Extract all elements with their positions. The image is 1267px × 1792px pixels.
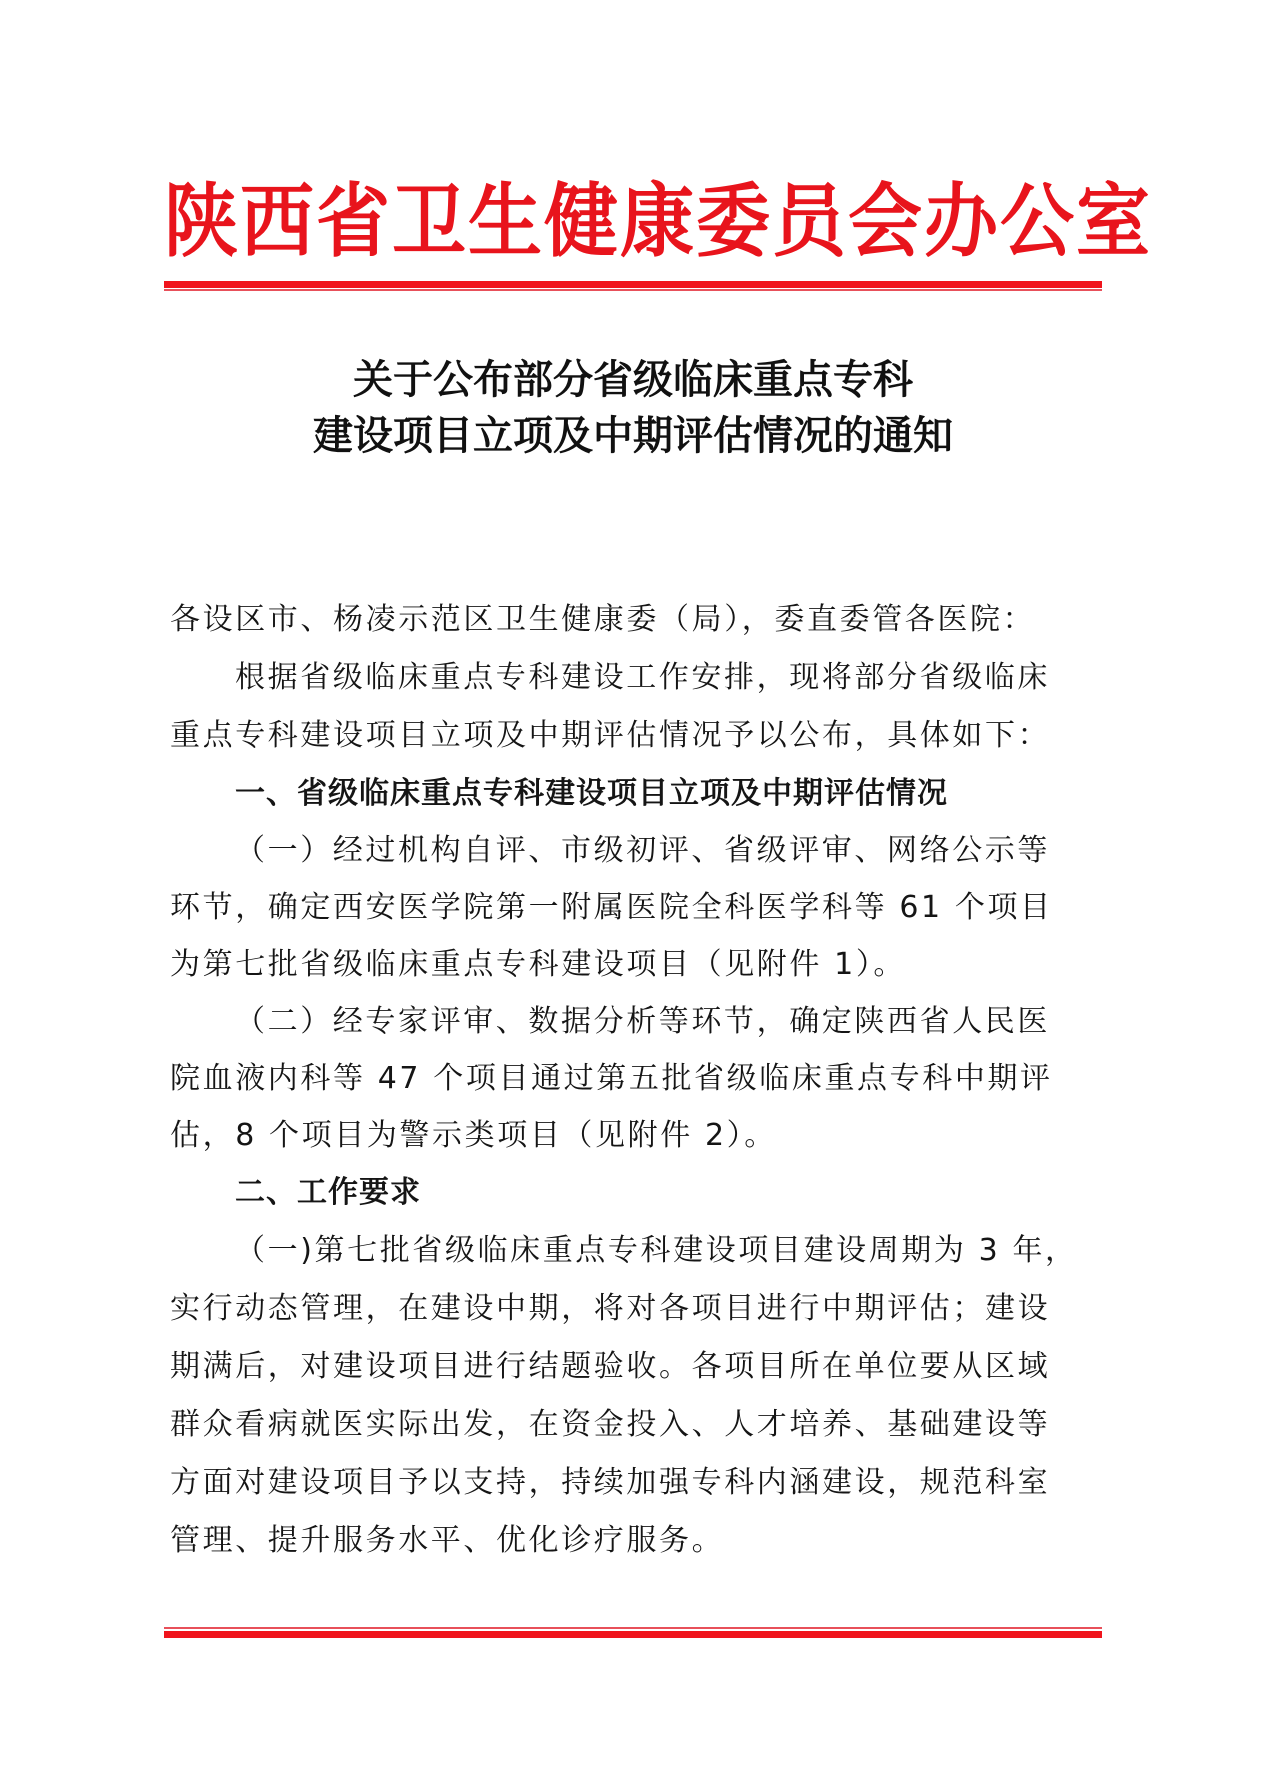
section2-item1-line-2: 实行动态管理，在建设中期，将对各项目进行中期评估；建设: [170, 1289, 1088, 1329]
intro-line-1: 根据省级临床重点专科建设工作安排，现将部分省级临床: [235, 658, 1088, 698]
section2-heading: 二、工作要求: [235, 1173, 1088, 1213]
salutation: 各设区市、杨凌示范区卫生健康委（局），委直委管各医院：: [170, 600, 1088, 640]
organization-header: 陕西省卫生健康委员会办公室: [164, 172, 1102, 271]
footer-rule-thin: [164, 1627, 1102, 1629]
section1-item1-line-2: 环节，确定西安医学院第一附属医院全科医学科等 61 个项目: [170, 888, 1088, 928]
header-rule-thick: [164, 281, 1102, 288]
footer-rule-thick: [164, 1631, 1102, 1638]
section1-item1-line-1: （一）经过机构自评、市级初评、省级评审、网络公示等: [235, 831, 1088, 871]
intro-line-2: 重点专科建设项目立项及中期评估情况予以公布，具体如下：: [170, 716, 1088, 756]
section1-item1-line-3: 为第七批省级临床重点专科建设项目（见附件 1）。: [170, 945, 1088, 985]
header-rule-thin: [164, 289, 1102, 291]
section2-item1-line-6: 管理、提升服务水平、优化诊疗服务。: [170, 1521, 1088, 1561]
section1-heading: 一、省级临床重点专科建设项目立项及中期评估情况: [235, 774, 1088, 814]
section2-item1-line-4: 群众看病就医实际出发，在资金投入、人才培养、基础建设等: [170, 1405, 1088, 1445]
document-page: 陕西省卫生健康委员会办公室 关于公布部分省级临床重点专科 建设项目立项及中期评估…: [0, 0, 1267, 1792]
section1-item2-line-3: 估，8 个项目为警示类项目（见附件 2）。: [170, 1116, 1088, 1156]
section1-item2-line-2: 院血液内科等 47 个项目通过第五批省级临床重点专科中期评: [170, 1059, 1088, 1099]
section2-item1-line-1: （一)第七批省级临床重点专科建设项目建设周期为 3 年，: [235, 1231, 1088, 1271]
section2-item1-line-5: 方面对建设项目予以支持，持续加强专科内涵建设，规范科室: [170, 1463, 1088, 1503]
document-title-line-1: 关于公布部分省级临床重点专科: [164, 352, 1102, 408]
document-title-line-2: 建设项目立项及中期评估情况的通知: [164, 408, 1102, 464]
section1-item2-line-1: （二）经专家评审、数据分析等环节，确定陕西省人民医: [235, 1002, 1088, 1042]
section2-item1-line-3: 期满后，对建设项目进行结题验收。各项目所在单位要从区域: [170, 1347, 1088, 1387]
